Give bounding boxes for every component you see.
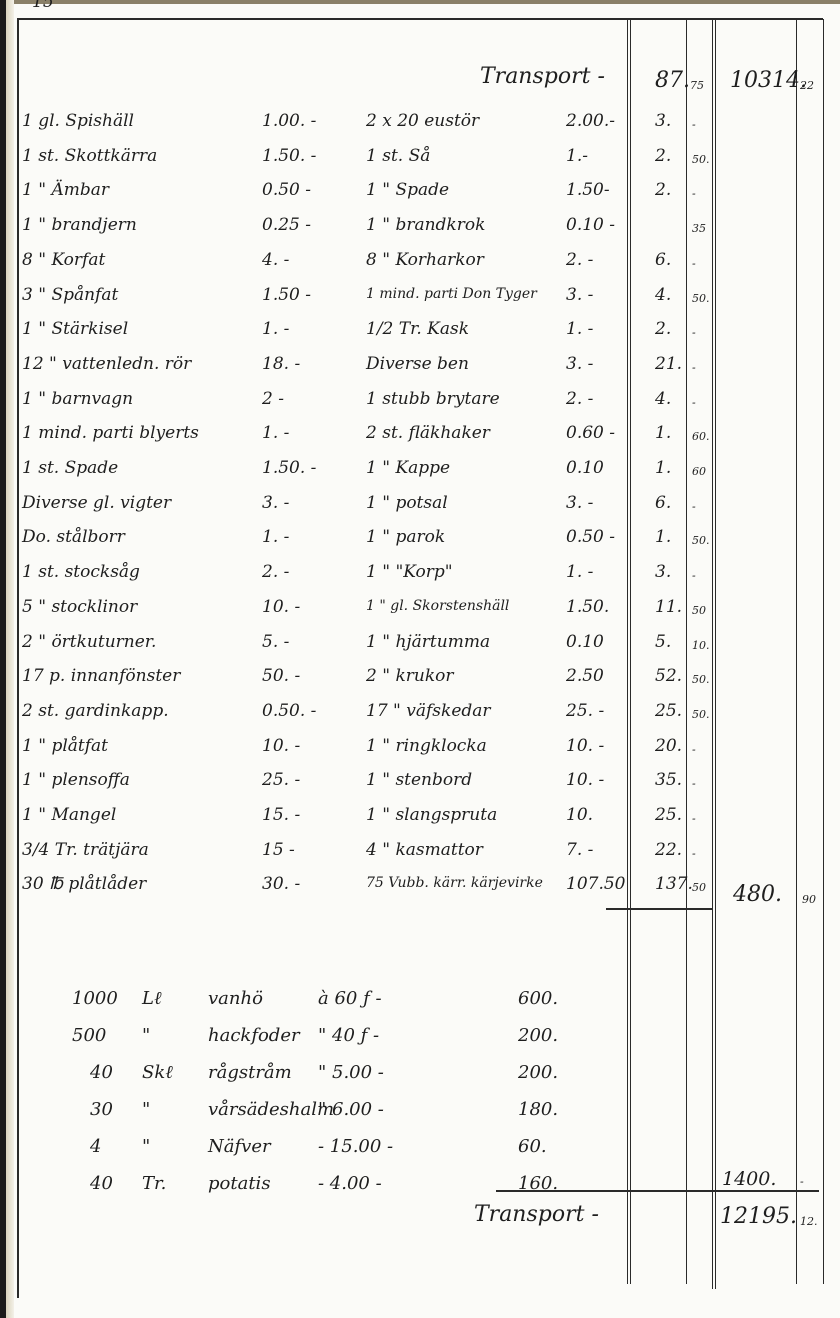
right-item: 8 " Korharkor (366, 252, 484, 269)
right-price: 0.10 - (566, 217, 615, 234)
section-total-ore: 90 (802, 894, 816, 905)
amount-ore: 60. (692, 431, 710, 442)
left-item: 1 st. Spade (22, 460, 118, 477)
produce-item: vårsädeshalm (208, 1101, 334, 1119)
right-item: 2 st. fläkhaker (366, 425, 490, 442)
column-rule-right (823, 19, 824, 1284)
right-price: 10. - (566, 738, 604, 755)
produce-unit: " (142, 1101, 150, 1119)
right-price: 0.10 (566, 460, 604, 477)
amount-kr: 5. (655, 634, 671, 651)
right-item: 1 " "Korp" (366, 564, 453, 581)
amount-ore: - (692, 327, 696, 338)
amount-kr: 22. (655, 842, 682, 859)
right-price: 10. (566, 807, 593, 824)
amount-ore: 50 (692, 605, 706, 616)
right-price: 10. - (566, 772, 604, 789)
amount-kr: 4. (655, 287, 671, 304)
produce-total-kr: 1400. (722, 1170, 776, 1189)
right-price: 3. - (566, 356, 593, 373)
right-price: 2. - (566, 391, 593, 408)
left-price: 1.50. - (262, 460, 316, 477)
left-price: 15. - (262, 807, 300, 824)
amount-ore: - (692, 744, 696, 755)
amount-kr: 3. (655, 564, 671, 581)
left-item: 1 " barnvagn (22, 391, 133, 408)
right-price: 1.50. (566, 599, 609, 616)
left-price: 10. - (262, 738, 300, 755)
amount-ore: - (692, 188, 696, 199)
right-item: 1 " gl. Skorstenshäll (366, 599, 509, 613)
amount-kr: 4. (655, 391, 671, 408)
right-item: 1 " ringklocka (366, 738, 487, 755)
produce-unit: Lℓ (142, 990, 161, 1008)
page-number: 15 (32, 0, 54, 11)
right-item: 1 " stenbord (366, 772, 472, 789)
left-price: 1. - (262, 529, 289, 546)
left-price: 1. - (262, 425, 289, 442)
right-item: 1 " hjärtumma (366, 634, 490, 651)
right-price: 2.50 (566, 668, 604, 685)
left-price: 1. - (262, 321, 289, 338)
produce-rate: " 5.00 - (318, 1064, 384, 1082)
left-price: 50. - (262, 668, 300, 685)
right-price: 3. - (566, 287, 593, 304)
left-price: 0.50. - (262, 703, 316, 720)
left-item: 30 ℔ plåtlåder (22, 876, 146, 893)
top-rule (17, 18, 823, 20)
left-price: 1.00. - (262, 113, 316, 130)
amount-ore: - (692, 848, 696, 859)
amount-ore: - (692, 397, 696, 408)
amount-ore: - (692, 362, 696, 373)
column-rule-ore-sub-left (686, 19, 687, 1284)
amount-kr: 11. (655, 599, 682, 616)
amount-kr: 2. (655, 321, 671, 338)
right-price: 1.- (566, 148, 588, 165)
produce-qty: 1000 (72, 990, 118, 1008)
produce-item: Näfver (208, 1138, 271, 1156)
right-price: 0.50 - (566, 529, 615, 546)
left-price: 0.50 - (262, 182, 311, 199)
left-price: 2 - (262, 391, 284, 408)
produce-rate: - 15.00 - (318, 1138, 393, 1156)
right-price: 1. - (566, 564, 593, 581)
amount-kr: 2. (655, 148, 671, 165)
left-item: 1 " Mangel (22, 807, 116, 824)
right-price: 3. - (566, 495, 593, 512)
produce-item: potatis (208, 1175, 271, 1193)
produce-item: rågstråm (208, 1064, 292, 1082)
left-item: 1 st. stocksåg (22, 564, 140, 581)
left-item: 17 p. innanfönster (22, 668, 180, 685)
left-price: 10. - (262, 599, 300, 616)
left-item: 1 " Stärkisel (22, 321, 128, 338)
amount-kr: 3. (655, 113, 671, 130)
amount-kr: 21. (655, 356, 682, 373)
amount-ore: 50 (692, 882, 706, 893)
left-price: 3. - (262, 495, 289, 512)
amount-kr: 2. (655, 182, 671, 199)
right-price: 2. - (566, 252, 593, 269)
produce-rate: " 40 ƒ - (318, 1027, 379, 1045)
produce-amount: 200. (518, 1064, 558, 1082)
produce-amount: 200. (518, 1027, 558, 1045)
amount-kr: 35. (655, 772, 682, 789)
right-price: 7. - (566, 842, 593, 859)
page-top-edge (0, 0, 840, 4)
column-rule-kr-sub-left-b (630, 19, 631, 1284)
amount-ore: - (692, 501, 696, 512)
produce-item: vanhö (208, 990, 263, 1008)
left-item: 1 " brandjern (22, 217, 137, 234)
transport-kr-total: 10314. (730, 70, 807, 92)
amount-ore: 50. (692, 535, 710, 546)
produce-total-ore: - (800, 1176, 804, 1187)
left-item: Do. stålborr (22, 529, 125, 546)
amount-ore: 60 (692, 466, 706, 477)
produce-item: hackfoder (208, 1027, 300, 1045)
right-item: 1/2 Tr. Kask (366, 321, 469, 338)
right-item: 1 st. Så (366, 148, 430, 165)
produce-rate: à 60 ƒ - (318, 990, 382, 1008)
right-item: 2 x 20 eustör (366, 113, 479, 130)
left-item: 1 " Ämbar (22, 182, 109, 199)
produce-qty: 40 (90, 1175, 113, 1193)
transport-ore-total: 22 (800, 80, 814, 91)
amount-ore: 50. (692, 154, 710, 165)
transport-bottom-kr-total: 12195. (720, 1206, 797, 1228)
left-price: 18. - (262, 356, 300, 373)
produce-qty: 500 (72, 1027, 106, 1045)
produce-qty: 40 (90, 1064, 113, 1082)
left-price: 5. - (262, 634, 289, 651)
right-price: 2.00.- (566, 113, 615, 130)
right-price: 25. - (566, 703, 604, 720)
left-margin-rule (17, 18, 19, 1298)
left-item: 1 " plåtfat (22, 738, 108, 755)
produce-unit: Skℓ (142, 1064, 173, 1082)
amount-kr: 6. (655, 495, 671, 512)
amount-ore: - (692, 258, 696, 269)
subtotal-underline (606, 908, 712, 910)
transport-bottom-label: Transport - (474, 1204, 599, 1226)
right-item: Diverse ben (366, 356, 469, 373)
left-item: 12 " vattenledn. rör (22, 356, 191, 373)
left-price: 30. - (262, 876, 300, 893)
left-price: 1.50. - (262, 148, 316, 165)
transport-label: Transport - (480, 66, 605, 88)
right-item: 1 " Kappe (366, 460, 450, 477)
column-rule-kr-total-left-b (715, 19, 716, 1289)
right-price: 0.10 (566, 634, 604, 651)
amount-ore: 50. (692, 709, 710, 720)
left-item: 5 " stocklinor (22, 599, 137, 616)
amount-ore: 50. (692, 674, 710, 685)
right-item: 1 " parok (366, 529, 445, 546)
amount-kr: 137. (655, 876, 693, 893)
right-price: 0.60 - (566, 425, 615, 442)
produce-unit: " (142, 1027, 150, 1045)
transport-kr-sub: 87. (655, 70, 690, 92)
amount-kr: 25. (655, 703, 682, 720)
left-item: Diverse gl. vigter (22, 495, 171, 512)
amount-kr: 6. (655, 252, 671, 269)
left-item: 1 " plensoffa (22, 772, 130, 789)
left-price: 2. - (262, 564, 289, 581)
left-item: 1 st. Skottkärra (22, 148, 157, 165)
amount-ore: 10. (692, 640, 710, 651)
produce-unit: " (142, 1138, 150, 1156)
transport-bottom-ore-total: 12. (800, 1216, 818, 1227)
left-price: 0.25 - (262, 217, 311, 234)
right-item: 4 " kasmattor (366, 842, 483, 859)
right-item: 1 " Spade (366, 182, 449, 199)
amount-kr: 20. (655, 738, 682, 755)
produce-qty: 4 (90, 1138, 101, 1156)
left-item: 2 " örtkuturner. (22, 634, 156, 651)
right-price: 1. - (566, 321, 593, 338)
left-item: 3/4 Tr. trätjära (22, 842, 149, 859)
left-price: 4. - (262, 252, 289, 269)
left-item: 3 " Spånfat (22, 287, 118, 304)
column-rule-kr-total-left-a (712, 19, 713, 1289)
left-item: 8 " Korfat (22, 252, 105, 269)
right-item: 75 Vubb. kärr. kärjevirke (366, 876, 543, 890)
amount-kr: 52. (655, 668, 682, 685)
produce-unit: Tr. (142, 1175, 166, 1193)
right-price: 1.50- (566, 182, 610, 199)
right-item: 17 " väfskedar (366, 703, 491, 720)
produce-rate: " 6.00 - (318, 1101, 384, 1119)
amount-kr: 1. (655, 529, 671, 546)
amount-ore: - (692, 119, 696, 130)
produce-amount: 180. (518, 1101, 558, 1119)
produce-rate: - 4.00 - (318, 1175, 382, 1193)
right-item: 1 " brandkrok (366, 217, 485, 234)
amount-kr: 25. (655, 807, 682, 824)
left-price: 15 - (262, 842, 295, 859)
left-price: 25. - (262, 772, 300, 789)
left-price: 1.50 - (262, 287, 311, 304)
amount-ore: - (692, 570, 696, 581)
right-item: 1 " potsal (366, 495, 448, 512)
produce-amount: 600. (518, 990, 558, 1008)
right-item: 1 stubb brytare (366, 391, 500, 408)
left-item: 1 gl. Spishäll (22, 113, 134, 130)
amount-kr: 1. (655, 460, 671, 477)
bottom-total-rule (496, 1190, 819, 1192)
left-item: 2 st. gardinkapp. (22, 703, 169, 720)
amount-ore: - (692, 778, 696, 789)
amount-ore: 50. (692, 293, 710, 304)
produce-qty: 30 (90, 1101, 113, 1119)
right-item: 1 mind. parti Don Tyger (366, 287, 537, 301)
right-price: 107.50 (566, 876, 625, 893)
right-item: 1 " slangspruta (366, 807, 497, 824)
transport-ore-sub: 75 (690, 80, 704, 91)
amount-kr: 1. (655, 425, 671, 442)
column-rule-kr-sub-left-a (627, 19, 628, 1284)
left-item: 1 mind. parti blyerts (22, 425, 199, 442)
binding-shadow (6, 0, 14, 1318)
amount-ore: - (692, 813, 696, 824)
right-item: 2 " krukor (366, 668, 453, 685)
amount-ore: 35 (692, 223, 706, 234)
produce-amount: 60. (518, 1138, 547, 1156)
column-rule-ore-total-left (796, 19, 797, 1284)
section-total-kr: 480. (733, 884, 782, 906)
